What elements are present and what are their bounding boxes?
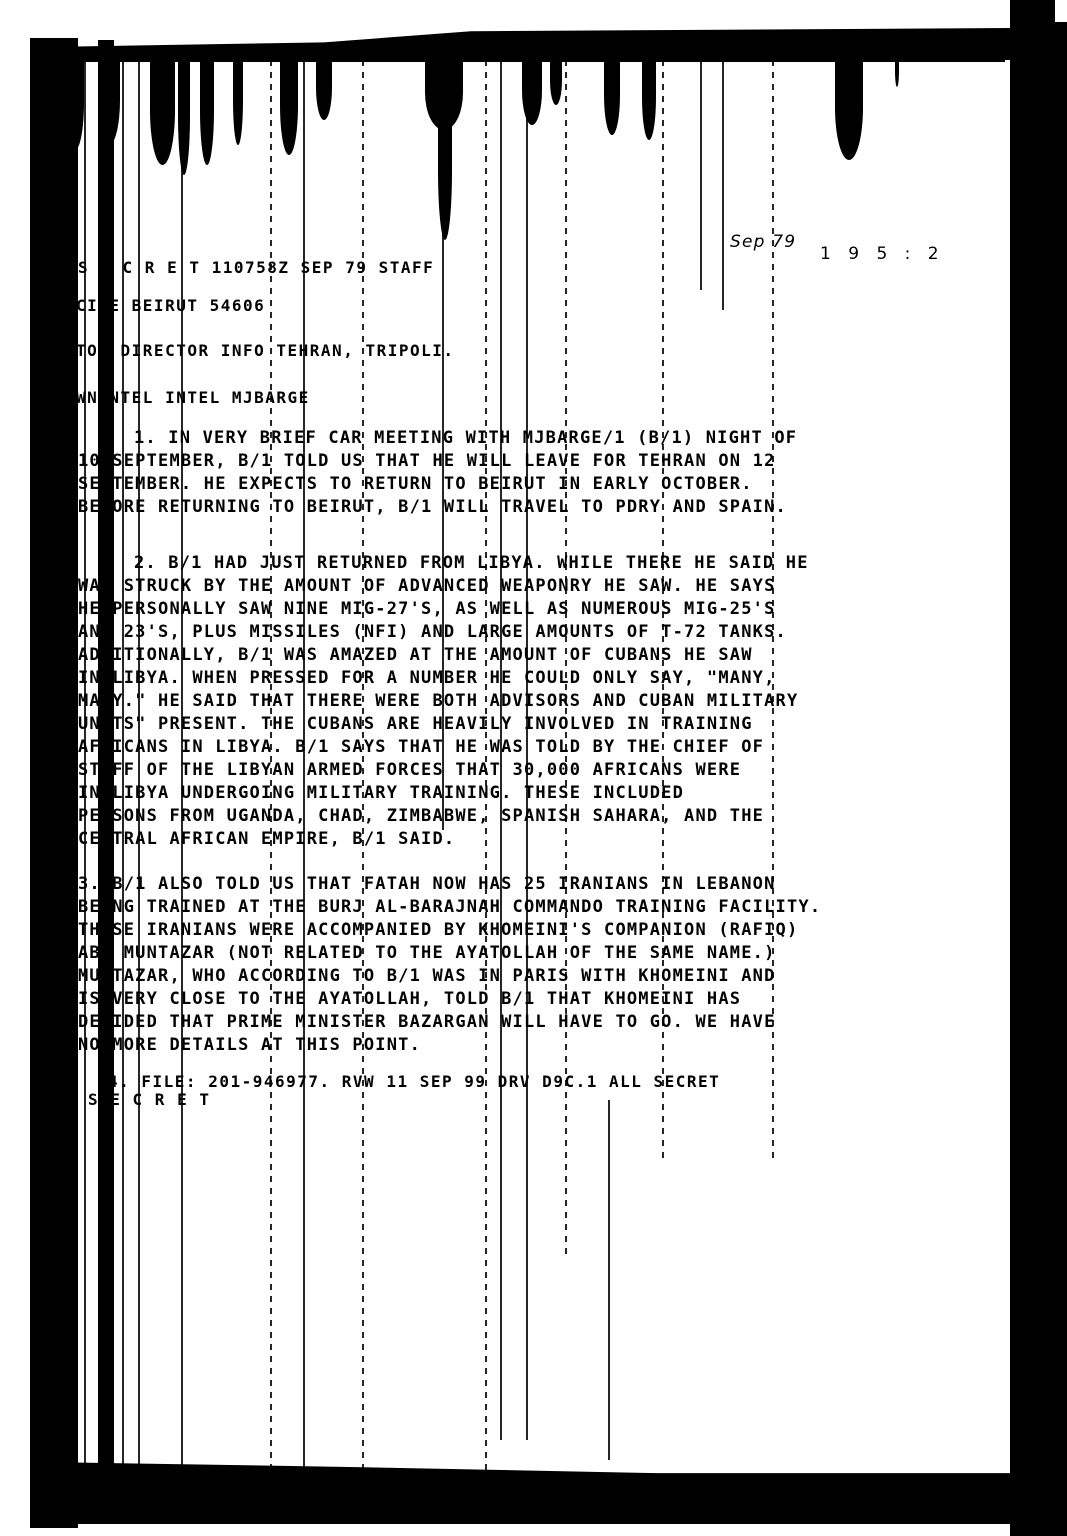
cable-text: Sep 79 1 9 5 : 2 S E C R E T 110758Z SEP…	[78, 0, 1008, 1536]
date-stamp: Sep 79	[730, 232, 796, 252]
file-line: 4. FILE: 201-946977. RVW 11 SEP 99 DRV D…	[108, 1072, 720, 1091]
ink-drip	[48, 55, 62, 75]
paragraph-line: IN LIBYA. WHEN PRESSED FOR A NUMBER HE C…	[78, 668, 776, 688]
paragraph-line: IS VERY CLOSE TO THE AYATOLLAH, TOLD B/1…	[78, 989, 741, 1009]
paragraph-line: BEING TRAINED AT THE BURJ AL-BARAJNAH CO…	[78, 897, 821, 917]
paragraph-line: BEFORE RETURNING TO BEIRUT, B/1 WILL TRA…	[78, 497, 787, 517]
paragraph-line: AND 23'S, PLUS MISSILES (NFI) AND LARGE …	[78, 622, 787, 642]
classification-footer: S E C R E T	[88, 1090, 210, 1109]
paragraph-line: SEPTEMBER. HE EXPECTS TO RETURN TO BEIRU…	[78, 474, 753, 494]
scan-border-right	[1010, 0, 1067, 1536]
paragraph-line: CENTRAL AFRICAN EMPIRE, B/1 SAID.	[78, 829, 455, 849]
paragraph-line: MUNTAZAR, WHO ACCORDING TO B/1 WAS IN PA…	[78, 966, 776, 986]
paragraph-line: 10 SEPTEMBER, B/1 TOLD US THAT HE WILL L…	[78, 451, 776, 471]
slug-line: WNINTEL INTEL MJBARGE	[76, 388, 310, 407]
paragraph-line: 2. B/1 HAD JUST RETURNED FROM LIBYA. WHI…	[134, 553, 809, 573]
classification-header: S E C R E T 110758Z SEP 79 STAFF	[78, 258, 434, 277]
paragraph-line: ABU MUNTAZAR (NOT RELATED TO THE AYATOLL…	[78, 943, 776, 963]
paragraph-line: THESE IRANIANS WERE ACCOMPANIED BY KHOME…	[78, 920, 798, 940]
paragraph-line: AFRICANS IN LIBYA. B/1 SAYS THAT HE WAS …	[78, 737, 764, 757]
time-stamp: 1 9 5 : 2	[820, 244, 945, 264]
paragraph-line: MANY." HE SAID THAT THERE WERE BOTH ADVI…	[78, 691, 798, 711]
stamp-date: Sep 79	[730, 232, 796, 252]
paragraph-line: STAFF OF THE LIBYAN ARMED FORCES THAT 30…	[78, 760, 741, 780]
paragraph-line: WAS STRUCK BY THE AMOUNT OF ADVANCED WEA…	[78, 576, 776, 596]
paragraph-line: 3. B/1 ALSO TOLD US THAT FATAH NOW HAS 2…	[78, 874, 776, 894]
stamp-time: 1 9 5 : 2	[820, 244, 945, 264]
paragraph-line: IN LIBYA UNDERGOING MILITARY TRAINING. T…	[78, 783, 684, 803]
paragraph-line: HE PERSONALLY SAW NINE MIG-27'S, AS WELL…	[78, 599, 776, 619]
paragraph-line: UNITS" PRESENT. THE CUBANS ARE HEAVILY I…	[78, 714, 753, 734]
paragraph-line: DECIDED THAT PRIME MINISTER BAZARGAN WIL…	[78, 1012, 776, 1032]
scanned-cable-page: Sep 79 1 9 5 : 2 S E C R E T 110758Z SEP…	[0, 0, 1067, 1536]
cite-line: CITE BEIRUT 54606	[76, 296, 265, 315]
paragraph-line: NO MORE DETAILS AT THIS POINT.	[78, 1035, 421, 1055]
paragraph-line: 1. IN VERY BRIEF CAR MEETING WITH MJBARG…	[134, 428, 797, 448]
addressee-line: TO: DIRECTOR INFO TEHRAN, TRIPOLI.	[76, 341, 455, 360]
scan-corner	[1055, 0, 1067, 22]
scan-border-left	[30, 38, 78, 1528]
paragraph-line: PERSONS FROM UGANDA, CHAD, ZIMBABWE, SPA…	[78, 806, 764, 826]
paragraph-line: ADDITIONALLY, B/1 WAS AMAZED AT THE AMOU…	[78, 645, 753, 665]
